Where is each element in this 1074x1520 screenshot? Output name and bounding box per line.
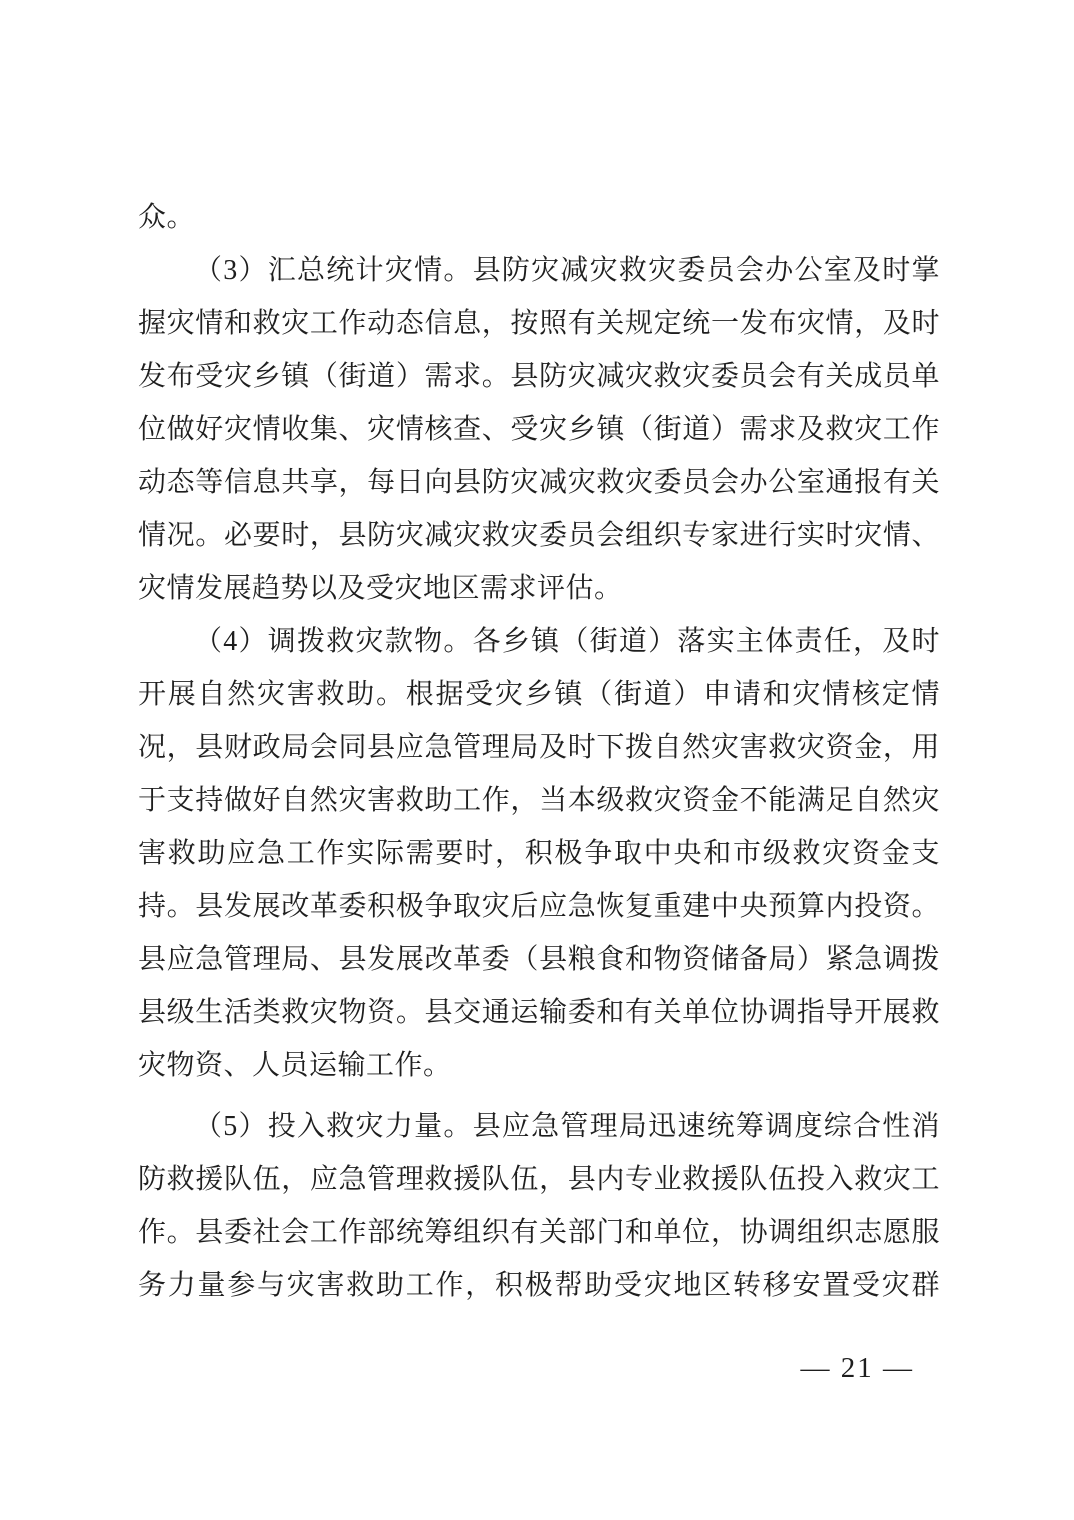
document-page: 众。 （3）汇总统计灾情。县防灾减灾救灾委员会办公室及时掌握灾情和救灾工作动态信… — [0, 0, 1074, 1520]
paragraph-continuation: 众。 — [138, 191, 940, 244]
document-body: 众。 （3）汇总统计灾情。县防灾减灾救灾委员会办公室及时掌握灾情和救灾工作动态信… — [138, 191, 940, 1312]
paragraph-item-5: （5）投入救灾力量。县应急管理局迅速统筹调度综合性消防救援队伍，应急管理救援队伍… — [138, 1100, 940, 1312]
page-number: — 21 — — [801, 1348, 915, 1388]
paragraph-item-3: （3）汇总统计灾情。县防灾减灾救灾委员会办公室及时掌握灾情和救灾工作动态信息，按… — [138, 244, 940, 615]
paragraph-item-4: （4）调拨救灾款物。各乡镇（街道）落实主体责任，及时开展自然灾害救助。根据受灾乡… — [138, 615, 940, 1092]
